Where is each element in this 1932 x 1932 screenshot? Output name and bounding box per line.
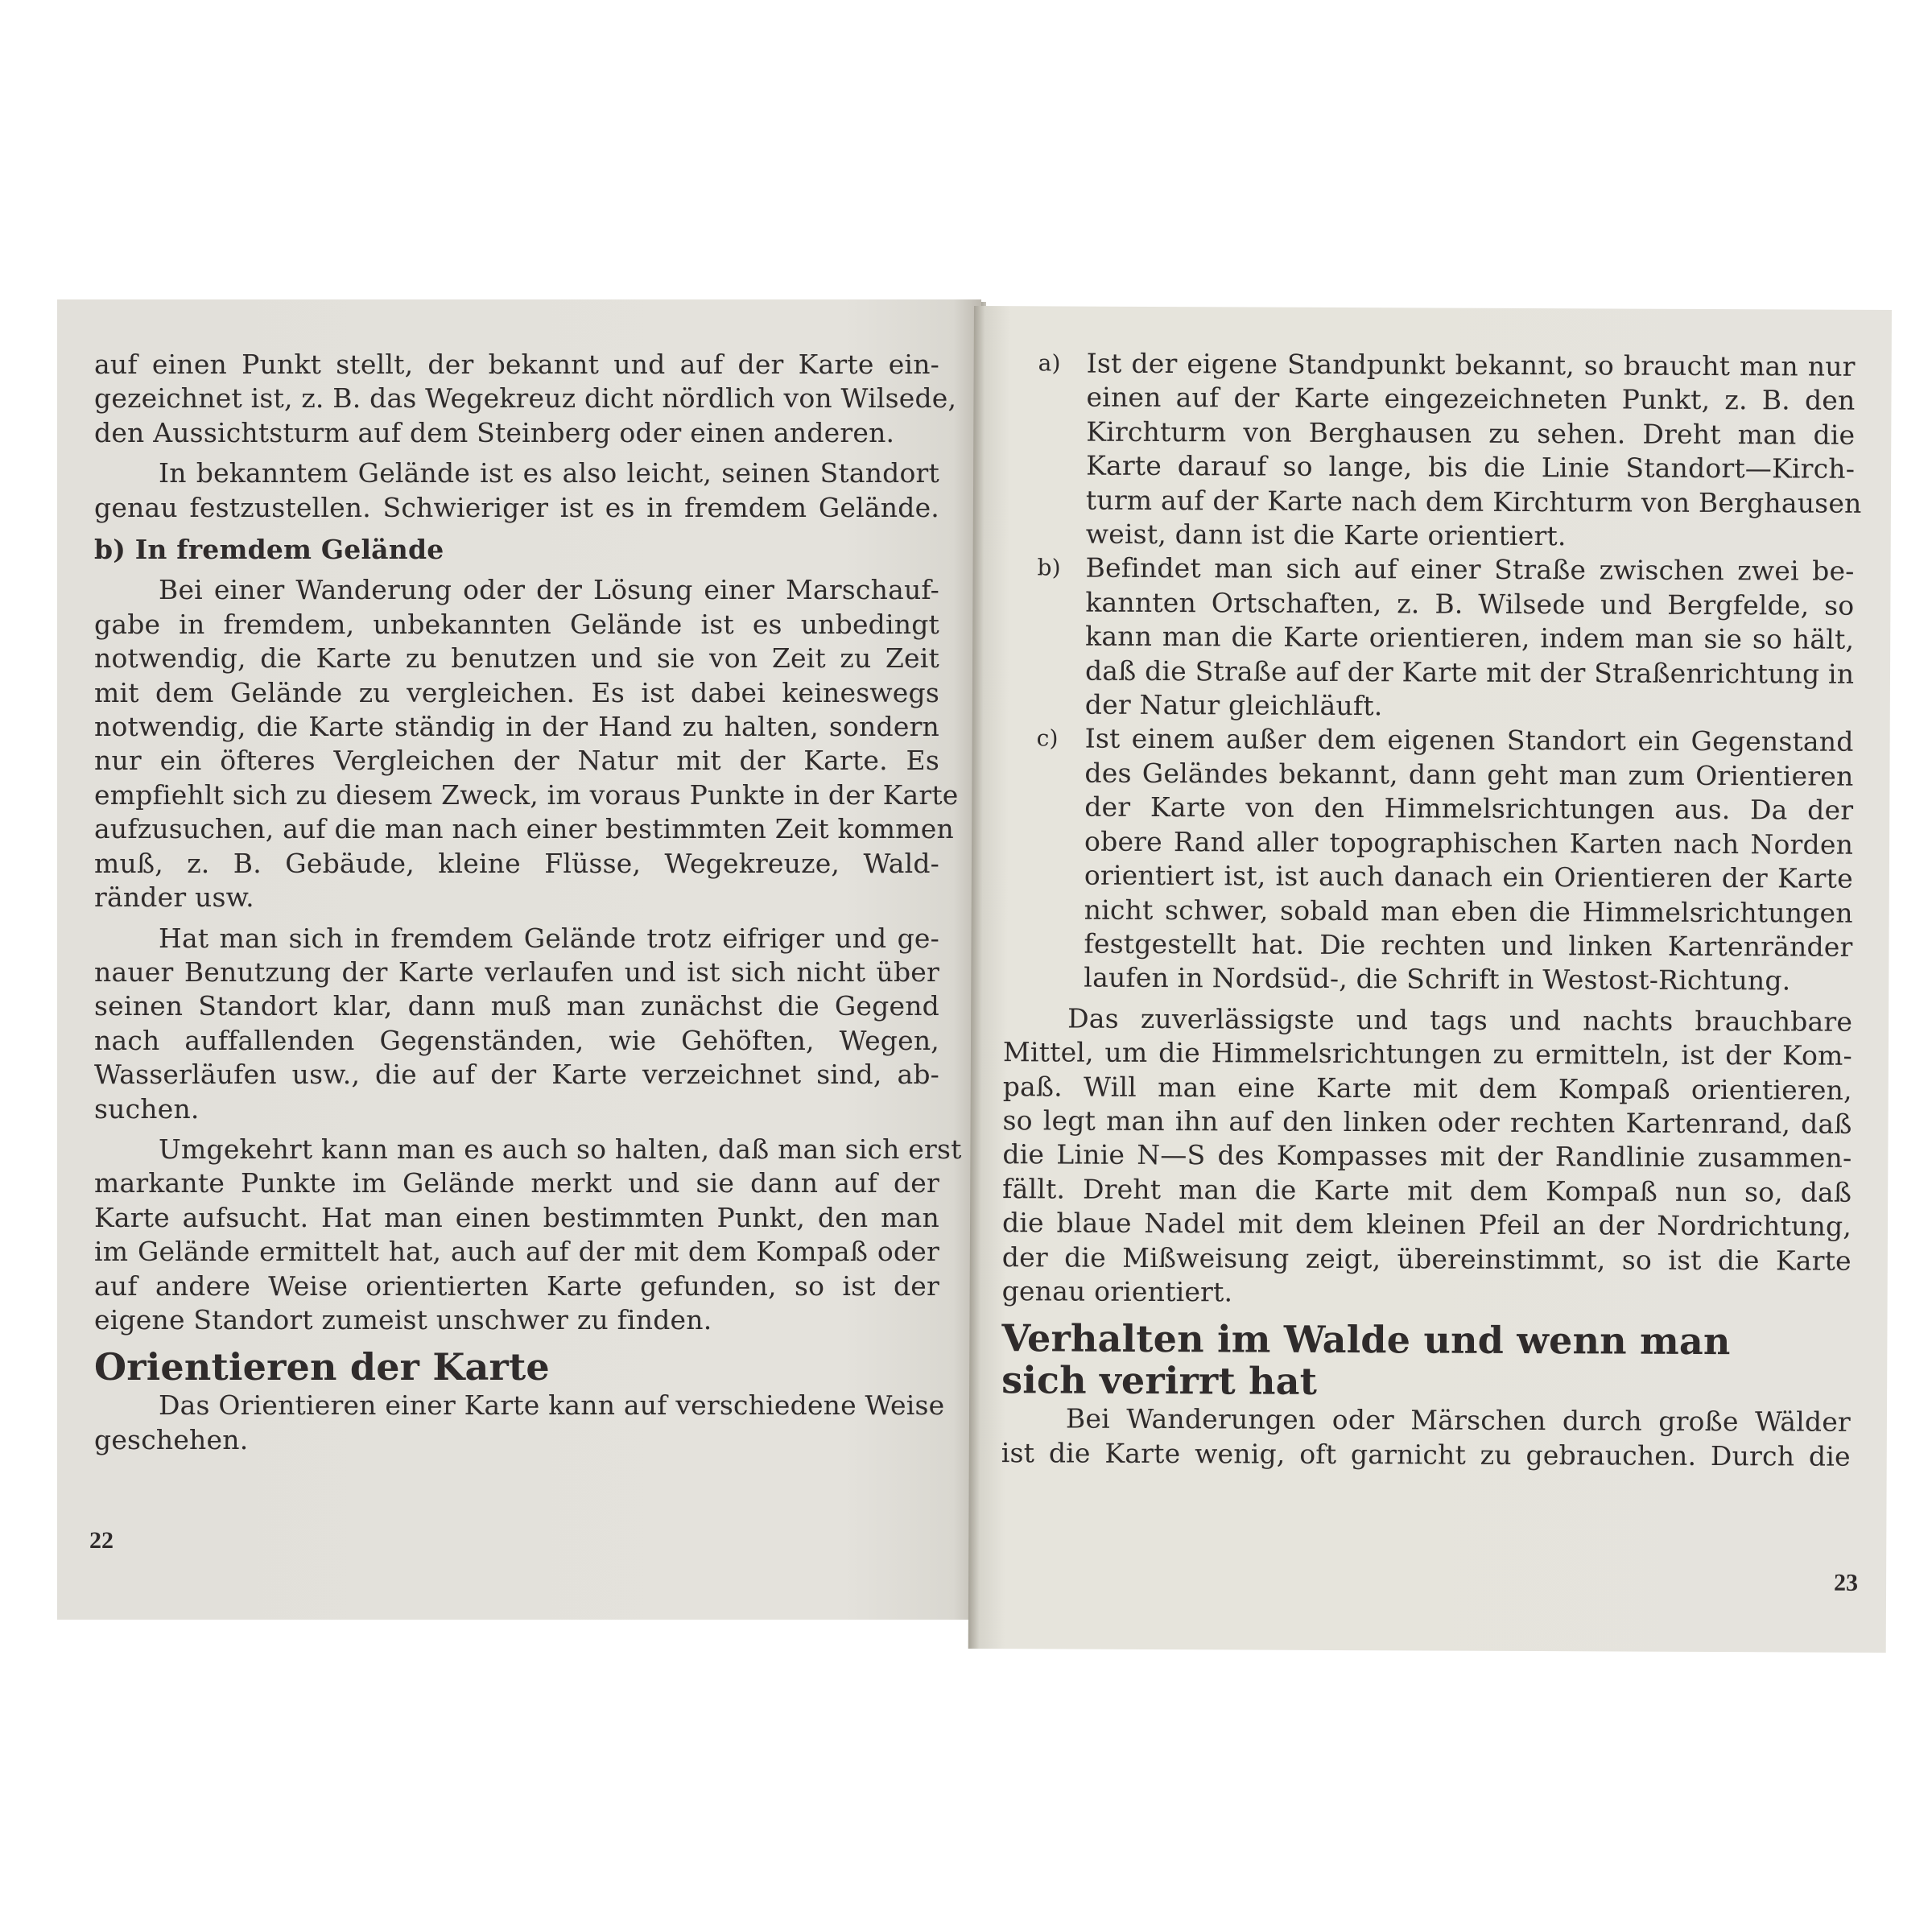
text-line: kann man die Karte orientieren, indem ma… (1085, 620, 1854, 658)
text-line: weist, dann ist die Karte orientiert. (1086, 518, 1855, 555)
text-line: In bekanntem Gelände ist es also leicht,… (94, 456, 939, 490)
text-line: gabe in fremdem, unbekannten Gelände ist… (94, 608, 939, 642)
text-line: Karte darauf so lange, bis die Linie Sta… (1086, 449, 1855, 487)
text-line: die blaue Nadel mit dem kleinen Pfeil an… (1002, 1206, 1851, 1244)
text-line: auf einen Punkt stellt, der bekannt und … (94, 348, 939, 382)
text-line: markante Punkte im Gelände merkt und sie… (94, 1166, 939, 1200)
text-line: des Geländes bekannt, dann geht man zum … (1084, 756, 1853, 794)
page-number-left: 22 (89, 1527, 114, 1554)
text-line: genau orientiert. (1002, 1274, 1851, 1312)
list-marker: c) (1037, 722, 1059, 757)
text-line: notwendig, die Karte zu benutzen und sie… (94, 642, 939, 675)
text-line: muß, z. B. Gebäude, kleine Flüsse, Wegek… (94, 847, 939, 881)
text-line: genau festzustellen. Schwieriger ist es … (94, 491, 939, 525)
left-page: auf einen Punkt stellt, der bekannt und … (57, 299, 981, 1620)
paragraph-2: In bekanntem Gelände ist es also leicht,… (94, 456, 939, 525)
right-page-text: a) Ist der eigene Standpunkt bekannt, so… (1034, 346, 1856, 1474)
text-line: auf andere Weise orientierten Karte gefu… (94, 1269, 939, 1303)
paragraph-5: Umgekehrt kann man es auch so halten, da… (94, 1133, 939, 1337)
text-line: Kirchturm von Berghausen zu sehen. Dreht… (1086, 415, 1855, 452)
text-line: kannten Ortschaften, z. B. Wilsede und B… (1085, 585, 1854, 623)
text-line: Ist der eigene Standpunkt bekannt, so br… (1087, 347, 1856, 385)
paragraph-forest: Bei Wanderungen oder Märschen durch groß… (1001, 1402, 1851, 1474)
text-line: einen auf der Karte eingezeichneten Punk… (1086, 381, 1855, 419)
text-line: mit dem Gelände zu vergleichen. Es ist d… (94, 676, 939, 710)
text-line: Wasserläufen usw., die auf der Karte ver… (94, 1058, 939, 1092)
text-line: nauer Benutzung der Karte verlaufen und … (94, 956, 939, 989)
text-line: orientiert ist, ist auch danach ein Orie… (1084, 859, 1853, 897)
subheading-in-fremdem-gelaende: b) In fremdem Gelände (94, 533, 939, 567)
text-line: Bei einer Wanderung oder der Lösung eine… (94, 573, 939, 607)
text-line: den Aussichtsturm auf dem Steinberg oder… (94, 416, 939, 450)
text-line: Bei Wanderungen oder Märschen durch groß… (1001, 1402, 1851, 1440)
text-line: im Gelände ermittelt hat, auch auf der m… (94, 1235, 939, 1269)
text-line: der Karte von den Himmelsrichtungen aus.… (1084, 791, 1853, 828)
text-line: die Linie N—S des Kompasses mit der Rand… (1002, 1138, 1851, 1176)
text-line: Ist einem außer dem eigenen Standort ein… (1085, 722, 1854, 760)
text-line: turm auf der Karte nach dem Kirchturm vo… (1086, 483, 1855, 521)
section-heading-orientieren: Orientieren der Karte (94, 1347, 939, 1387)
text-line: gezeichnet ist, z. B. das Wegekreuz dich… (94, 382, 939, 415)
paragraph-3: Bei einer Wanderung oder der Lösung eine… (94, 573, 939, 914)
text-line: der die Mißweisung zeigt, übereinstimmt,… (1002, 1241, 1851, 1278)
text-line: laufen in Nordsüd-, die Schrift in Westo… (1084, 961, 1852, 999)
text-line: festgestellt hat. Die rechten und linken… (1084, 927, 1852, 965)
list-item-c: c) Ist einem außer dem eigenen Standort … (1035, 722, 1853, 999)
page-number-right: 23 (1834, 1570, 1858, 1597)
text-line: nur ein öfteres Vergleichen der Natur mi… (94, 744, 939, 778)
text-line: Das Orientieren einer Karte kann auf ver… (94, 1389, 939, 1422)
text-line: Mittel, um die Himmelsrichtungen zu ermi… (1003, 1035, 1852, 1073)
left-page-text: auf einen Punkt stellt, der bekannt und … (94, 348, 939, 1457)
text-line: seinen Standort klar, dann muß man zunäc… (94, 989, 939, 1023)
paragraph-4: Hat man sich in fremdem Gelände trotz ei… (94, 922, 939, 1126)
text-line: ist die Karte wenig, oft garnicht zu geb… (1001, 1436, 1851, 1474)
text-line: obere Rand aller topographischen Karten … (1084, 824, 1853, 862)
section-heading-verhalten: Verhalten im Walde und wenn man sich ver… (1001, 1319, 1851, 1405)
text-line: nach auffallenden Gegenständen, wie Gehö… (94, 1024, 939, 1058)
list-marker: a) (1038, 346, 1061, 381)
text-line: Hat man sich in fremdem Gelände trotz ei… (94, 922, 939, 956)
text-line: Das zuverlässigste und tags und nachts b… (1003, 1001, 1852, 1039)
text-line: so legt man ihn auf den linken oder rech… (1002, 1104, 1851, 1141)
heading-line: Verhalten im Walde und wenn man (1001, 1319, 1851, 1363)
text-line: geschehen. (94, 1423, 939, 1457)
text-line: Befindet man sich auf einer Straße zwisc… (1085, 551, 1854, 589)
text-line: empfiehlt sich zu diesem Zweck, im vorau… (94, 778, 939, 812)
list-item-a: a) Ist der eigene Standpunkt bekannt, so… (1038, 346, 1856, 555)
list-item-b: b) Befindet man sich auf einer Straße zw… (1037, 551, 1855, 725)
text-line: der Natur gleichläuft. (1085, 688, 1854, 726)
heading-line: sich verirrt hat (1001, 1360, 1851, 1405)
text-line: fällt. Dreht man die Karte mit dem Kompa… (1002, 1172, 1851, 1210)
list-marker: b) (1037, 551, 1060, 586)
text-line: paß. Will man eine Karte mit dem Kompaß … (1003, 1070, 1852, 1108)
right-page: a) Ist der eigene Standpunkt bekannt, so… (968, 306, 1892, 1653)
paragraph-1: auf einen Punkt stellt, der bekannt und … (94, 348, 939, 450)
text-line: daß die Straße auf der Karte mit der Str… (1085, 654, 1854, 691)
text-line: nicht schwer, sobald man eben die Himmel… (1084, 893, 1853, 931)
text-line: ränder usw. (94, 881, 939, 914)
paragraph-6: Das Orientieren einer Karte kann auf ver… (94, 1389, 939, 1457)
text-line: suchen. (94, 1092, 939, 1126)
text-line: Umgekehrt kann man es auch so halten, da… (94, 1133, 939, 1166)
text-line: eigene Standort zumeist unschwer zu find… (94, 1303, 939, 1337)
text-line: Karte aufsucht. Hat man einen bestimmten… (94, 1201, 939, 1235)
text-line: notwendig, die Karte ständig in der Hand… (94, 710, 939, 744)
text-line: aufzusuchen, auf die man nach einer best… (94, 812, 939, 846)
paragraph-compass: Das zuverlässigste und tags und nachts b… (1002, 1001, 1853, 1312)
